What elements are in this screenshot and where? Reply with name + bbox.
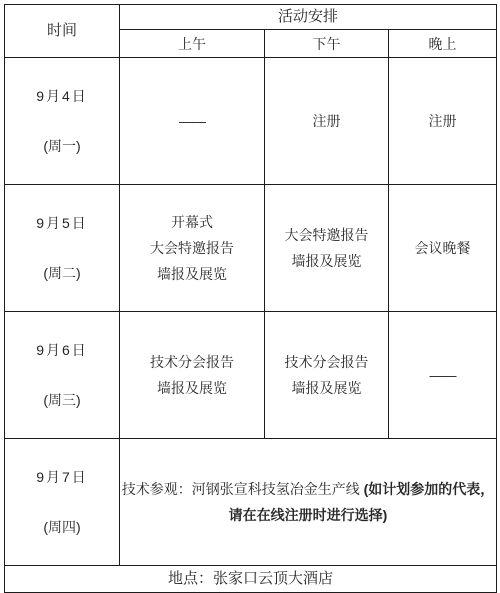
table-row-sep4: 9月4日 (周一) —— 注册 注册 [5, 58, 497, 185]
weekday-text: (周三) [5, 388, 119, 412]
weekday-text: (周四) [5, 515, 119, 539]
date-cell: 9月4日 (周一) [5, 58, 120, 185]
header-time: 时间 [5, 5, 120, 58]
date-text: 9月4日 [5, 84, 119, 108]
weekday-text: (周二) [5, 261, 119, 285]
morning-cell: 技术分会报告 墙报及展览 [120, 312, 265, 439]
technical-visit-cell: 技术参观：河钢张宣科技氢冶金生产线 (如计划参加的代表，请在在线注册时进行选择) [120, 439, 497, 566]
table-row-sep7: 9月7日 (周四) 技术参观：河钢张宣科技氢冶金生产线 (如计划参加的代表，请在… [5, 439, 497, 566]
table-row-sep5: 9月5日 (周二) 开幕式 大会特邀报告 墙报及展览 大会特邀报告 墙报及展览 … [5, 185, 497, 312]
conference-schedule-table: 时间 活动安排 上午 下午 晚上 9月4日 (周一) —— 注册 注册 9月5日… [4, 4, 497, 593]
date-cell: 9月6日 (周三) [5, 312, 120, 439]
date-cell: 9月5日 (周二) [5, 185, 120, 312]
evening-cell: —— [389, 312, 497, 439]
afternoon-cell: 技术分会报告 墙报及展览 [265, 312, 389, 439]
header-afternoon: 下午 [265, 30, 389, 58]
location-cell: 地点：张家口云顶大酒店 [5, 566, 497, 593]
weekday-text: (周一) [5, 134, 119, 158]
header-row-1: 时间 活动安排 [5, 5, 497, 30]
evening-cell: 注册 [389, 58, 497, 185]
header-evening: 晚上 [389, 30, 497, 58]
date-text: 9月7日 [5, 465, 119, 489]
table-row-location: 地点：张家口云顶大酒店 [5, 566, 497, 593]
table-row-sep6: 9月6日 (周三) 技术分会报告 墙报及展览 技术分会报告 墙报及展览 —— [5, 312, 497, 439]
date-text: 9月6日 [5, 338, 119, 362]
visit-text-regular: 技术参观：河钢张宣科技氢冶金生产线 [122, 481, 364, 497]
morning-cell: —— [120, 58, 265, 185]
header-activities: 活动安排 [120, 5, 497, 30]
date-cell: 9月7日 (周四) [5, 439, 120, 566]
afternoon-cell: 大会特邀报告 墙报及展览 [265, 185, 389, 312]
date-text: 9月5日 [5, 211, 119, 235]
evening-cell: 会议晚餐 [389, 185, 497, 312]
morning-cell: 开幕式 大会特邀报告 墙报及展览 [120, 185, 265, 312]
afternoon-cell: 注册 [265, 58, 389, 185]
header-morning: 上午 [120, 30, 265, 58]
